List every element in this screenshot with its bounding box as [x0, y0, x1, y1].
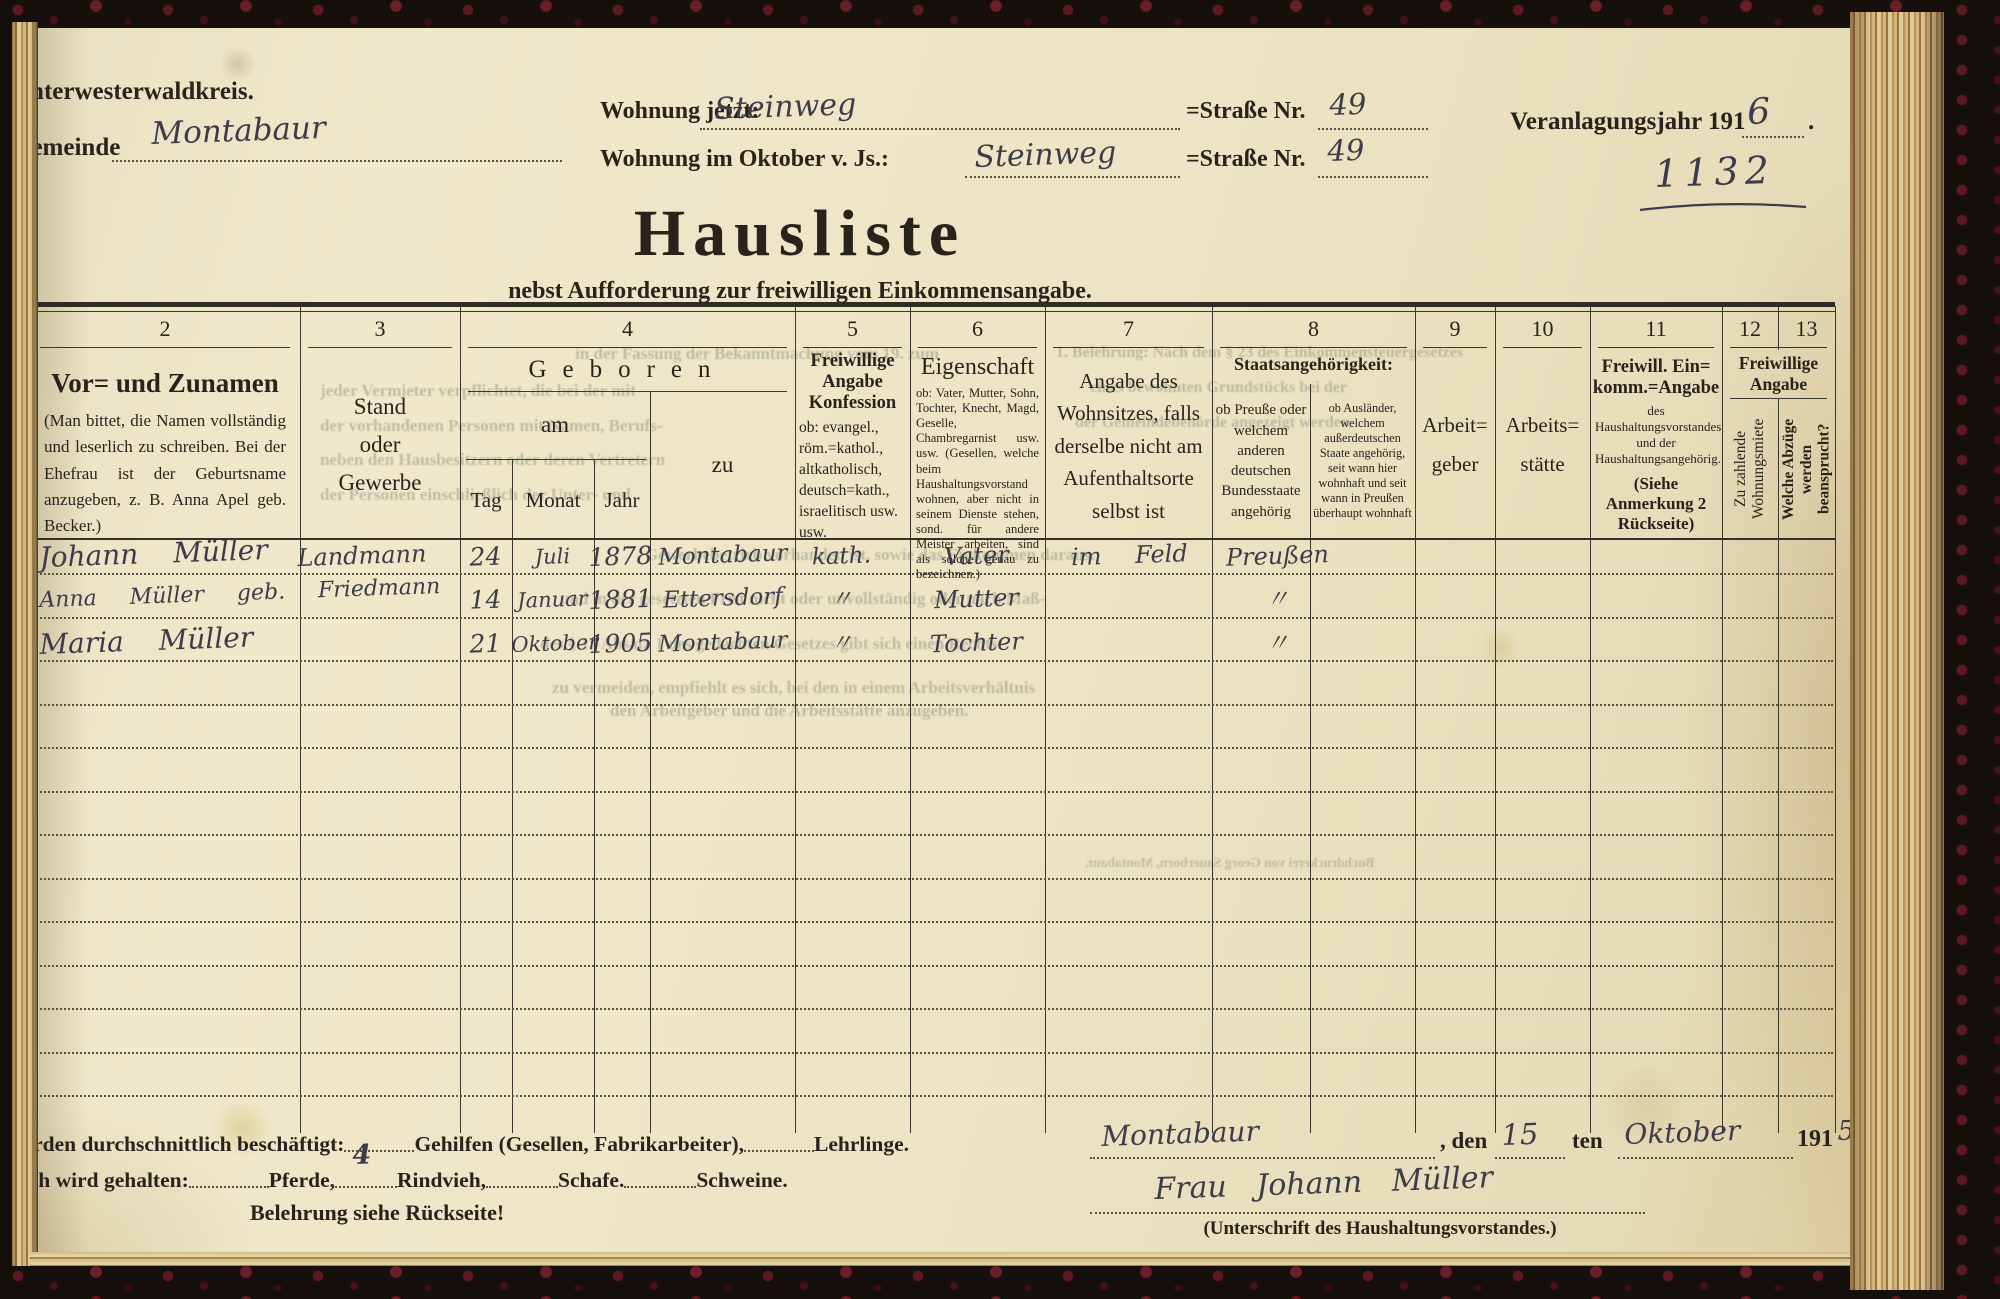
table-top-rule-thin	[30, 311, 1835, 312]
page-stack-right-edge	[1850, 12, 1950, 1290]
table-row-rule	[33, 834, 1833, 836]
table-row-rule	[33, 791, 1833, 793]
table-row-rule	[33, 1052, 1833, 1054]
table-row-rule	[33, 617, 1833, 619]
column-number-rule	[1423, 347, 1487, 348]
col11-note: des Haushaltungsvorstandes und der Haush…	[1595, 403, 1717, 468]
table-row-rule	[33, 1008, 1833, 1010]
column-number-rule	[1053, 347, 1204, 348]
row-2-monat-handwriting: Januar	[511, 582, 594, 617]
footer-line2-blank1	[189, 1170, 269, 1188]
table-row-rule	[33, 965, 1833, 967]
wohnung-jetzt-value-handwriting: Steinweg	[714, 87, 857, 127]
col13-header: Welche Abzüge werden beansprucht?	[1778, 400, 1835, 538]
strasse-nr-label-2: =Straße Nr.	[1186, 146, 1305, 173]
footer-line1-blank2	[744, 1134, 814, 1152]
page-stack-left-edge	[12, 22, 38, 1272]
col5-title3: Konfession	[809, 393, 896, 414]
col10-line2: stätte	[1520, 452, 1564, 477]
col9-number: 9	[1415, 313, 1495, 345]
col3-line3: Gewerbe	[338, 470, 421, 496]
col2-title: Vor= und Zunamen	[30, 368, 300, 399]
col1213-rule	[1730, 398, 1827, 399]
col7-number: 7	[1045, 313, 1212, 345]
book-cover-bottom-edge	[0, 1266, 2000, 1299]
date-place-rule	[1090, 1157, 1435, 1159]
column-number-rule	[308, 347, 452, 348]
col10-header: Arbeits= stätte	[1495, 352, 1590, 538]
col2-number: 2	[30, 313, 300, 345]
col11-see2: Anmerkung 2	[1606, 494, 1707, 514]
rindvieh-count-handwriting: 4	[352, 1139, 372, 1171]
column-number-rule	[918, 347, 1037, 348]
table-row-rule	[33, 921, 1833, 923]
row-1-zu-handwriting: Montabaur	[651, 537, 795, 574]
table-row-rule	[33, 704, 1833, 706]
footer-line2-pferde: Pferde,	[269, 1168, 335, 1193]
folio-number-handwriting: 1132	[1653, 148, 1775, 196]
col5-title2: Angabe	[822, 372, 883, 393]
wohnung-oktober-value-handwriting: Steinweg	[974, 135, 1117, 175]
col8-right-text: ob Ausländer, welchem außerdeutschen Sta…	[1311, 401, 1414, 521]
col4-number: 4	[460, 313, 795, 345]
col4-zu-text: zu	[712, 452, 734, 478]
footer-line1-mid: Gehilfen (Gesellen, Fabrikarbeiter),	[414, 1132, 744, 1157]
col3-line2: oder	[360, 432, 401, 458]
gemeinde-rule	[112, 160, 562, 162]
footer-line1-pre: werden durchschnittlich beschäftigt:	[8, 1132, 344, 1157]
col2-note: (Man bittet, die Namen vollständig und l…	[44, 408, 286, 540]
col11-title1: Freiwill. Ein=	[1602, 357, 1711, 378]
book-cover-top-edge	[0, 0, 2000, 28]
row-1-wohnsitz-handwriting: im Feld	[1049, 536, 1210, 574]
col7-header: Angabe des Wohnsitzes, falls derselbe ni…	[1049, 360, 1208, 532]
belehrung-note: Belehrung siehe Rückseite!	[250, 1200, 504, 1226]
footer-line1: werden durchschnittlich beschäftigt: Geh…	[8, 1132, 909, 1157]
col4-monat-text: Monat	[526, 488, 581, 513]
veranlagungsjahr-period: .	[1808, 108, 1814, 136]
table-row-rule	[33, 1095, 1833, 1097]
col3-header: Stand oder Gewerbe	[300, 352, 460, 538]
wohnung-oktober-rule	[965, 176, 1180, 178]
row-3-zu-handwriting: Montabaur	[651, 624, 795, 661]
date-day-handwriting: 15	[1501, 1117, 1539, 1152]
row-3-konfession-handwriting: 〃	[796, 626, 887, 661]
col11-see1: (Siehe	[1634, 474, 1678, 494]
veranlagungsjahr-label: Veranlagungsjahr 191	[1510, 108, 1745, 136]
col12-rotated-label: Zu zahlende Wohnungsmiete	[1732, 404, 1768, 534]
col9-line2: geber	[1432, 452, 1479, 477]
strasse-nr-value-1-handwriting: 49	[1329, 87, 1367, 122]
signature-rule	[1090, 1212, 1645, 1214]
row-1-konfession-handwriting: kath.	[796, 539, 887, 574]
col8-title: Staatsangehörigkeit:	[1212, 354, 1415, 375]
column-number-rule	[468, 347, 787, 348]
row-2-konfession-handwriting: 〃	[796, 582, 887, 617]
wohnung-jetzt-rule	[700, 128, 1180, 130]
date-day-rule	[1495, 1157, 1565, 1159]
col3-number: 3	[300, 313, 460, 345]
col5-note: ob: evangel., röm.=kathol., altkatholisc…	[799, 418, 906, 544]
row-2-jahr-handwriting: 1881	[587, 583, 654, 617]
date-year-print: 191	[1797, 1126, 1833, 1153]
scanned-register-page: in der Fassung der Bekanntmachung vom 19…	[0, 0, 2000, 1299]
row-1-jahr-handwriting: 1878	[587, 540, 654, 574]
col9-header: Arbeit= geber	[1415, 352, 1495, 538]
veranlagungsjahr-rule	[1742, 136, 1804, 138]
row-1-stand-handwriting: Landmann	[297, 537, 450, 574]
date-ten-label: ten	[1572, 1128, 1603, 1154]
footer-line1-end: Lehrlinge.	[814, 1132, 909, 1157]
col11-number: 11	[1590, 313, 1722, 345]
column-number-rule	[1503, 347, 1582, 348]
col12-number: 12	[1722, 313, 1778, 345]
col4-tag-label: Tag	[460, 462, 512, 538]
footer-line2-blank3	[486, 1170, 558, 1188]
col5-number: 5	[795, 313, 910, 345]
footer-line2: Vieh wird gehalten: Pferde, 4 Rindvieh, …	[8, 1168, 788, 1193]
footer-line2-blank2: 4	[335, 1170, 397, 1188]
row-2-staat-handwriting: 〃	[1217, 581, 1338, 617]
col11-title2: komm.=Angabe	[1593, 378, 1719, 399]
strasse-nr-value-2-handwriting: 49	[1327, 133, 1365, 168]
col6-number: 6	[910, 313, 1045, 345]
col8-right-note: ob Ausländer, welchem außerdeutschen Sta…	[1311, 384, 1414, 538]
ghost-text: zu vermeiden, empfiehlt es sich, bei den…	[552, 678, 1035, 698]
col4-am-label: am	[460, 412, 650, 438]
row-2-eigenschaft-handwriting: Mutter	[911, 580, 1042, 617]
column-number-rule	[803, 347, 902, 348]
col4-zu-label: zu	[650, 391, 795, 538]
date-month-rule	[1618, 1157, 1793, 1159]
col1213-title2: Angabe	[1750, 374, 1807, 395]
strasse-nr-label-1: =Straße Nr.	[1186, 98, 1305, 125]
date-month-handwriting: Oktober	[1624, 1114, 1741, 1151]
date-place-handwriting: Montabaur	[1101, 1115, 1260, 1153]
row-2-tag-handwriting: 14	[460, 583, 511, 617]
table-row-rule	[33, 660, 1833, 662]
col8-left-note: ob Preuße oder welchem anderen deutschen…	[1212, 384, 1310, 538]
col8-left-text: ob Preuße oder welchem anderen deutschen…	[1212, 400, 1310, 522]
table-row-rule	[33, 878, 1833, 880]
folio-underline	[1638, 198, 1808, 214]
col10-number: 10	[1495, 313, 1590, 345]
col4-jahr-text: Jahr	[605, 488, 640, 513]
column-number-rule	[1730, 347, 1827, 348]
row-2-zu-handwriting: Ettersdorf	[651, 580, 795, 617]
footer-line2-rind: Rindvieh,	[397, 1168, 486, 1193]
ghost-printer-imprint: Buchdruckerei von Georg Sauerborn, Monta…	[1085, 855, 1375, 871]
col3-line1: Stand	[354, 394, 406, 420]
col13-rotated-label: Welche Abzüge werden beansprucht?	[1780, 404, 1833, 534]
district-label: Unterwesterwaldkreis.	[12, 78, 254, 106]
col1213-header: Freiwillige Angabe	[1722, 350, 1835, 398]
wohnung-oktober-label: Wohnung im Oktober v. Js.:	[600, 146, 889, 173]
row-1-eigenschaft-handwriting: Vater	[911, 537, 1042, 574]
col1213-title1: Freiwillige	[1739, 353, 1818, 374]
column-number-rule	[1598, 347, 1714, 348]
col11-header: Freiwill. Ein= komm.=Angabe des Haushalt…	[1590, 352, 1722, 538]
footer-line2-schweine: Schweine.	[696, 1168, 787, 1193]
row-3-staat-handwriting: 〃	[1217, 625, 1338, 661]
col5-title: Freiwillige Angabe Konfession	[795, 352, 910, 412]
signature-caption: (Unterschrift des Haushaltungsvorstandes…	[1150, 1218, 1610, 1240]
row-3-jahr-handwriting: 1905	[587, 627, 654, 661]
col7-text: Angabe des Wohnsitzes, falls derselbe ni…	[1049, 365, 1208, 528]
footer-line2-blank4	[624, 1170, 696, 1188]
col4-monat-label: Monat	[512, 462, 594, 538]
col11-see3: Rückseite)	[1618, 514, 1694, 534]
page-title: Hausliste	[540, 196, 1060, 272]
col8-number: 8	[1212, 313, 1415, 345]
row-1-tag-handwriting: 24	[460, 540, 511, 574]
veranlagungsjahr-handwriting: 6	[1747, 91, 1771, 133]
column-number-rule	[1220, 347, 1407, 348]
row-3-eigenschaft-handwriting: Tochter	[911, 624, 1042, 661]
row-3-tag-handwriting: 21	[460, 627, 511, 661]
col9-line1: Arbeit=	[1422, 413, 1488, 438]
table-column-rule	[1835, 306, 1836, 1133]
table-top-rule-thick	[30, 302, 1835, 307]
row-1-staat-handwriting: Preußen	[1217, 538, 1338, 574]
footer-line2-schafe: Schafe.	[558, 1168, 624, 1193]
col12-header: Zu zahlende Wohnungsmiete	[1722, 400, 1778, 538]
column-number-rule	[40, 347, 290, 348]
col4-title: Geboren	[460, 356, 795, 384]
strasse-nr-rule-2	[1318, 176, 1428, 178]
col4-tag-text: Tag	[470, 488, 501, 513]
date-den-label: , den	[1440, 1128, 1487, 1154]
gemeinde-value-handwriting: Montabaur	[151, 110, 327, 152]
row-1-monat-handwriting: Juli	[511, 539, 594, 574]
col13-number: 13	[1778, 313, 1835, 345]
col5-title1: Freiwillige	[811, 351, 895, 372]
row-3-monat-handwriting: Oktober	[511, 626, 594, 661]
col4-jahr-label: Jahr	[594, 462, 650, 538]
table-row-rule	[33, 747, 1833, 749]
col10-line1: Arbeits=	[1506, 413, 1580, 438]
strasse-nr-rule-1	[1318, 128, 1428, 130]
col4-am-rule	[466, 459, 646, 460]
col6-title: Eigenschaft	[910, 354, 1045, 381]
page-subtitle: nebst Aufforderung zur freiwilligen Eink…	[440, 278, 1160, 305]
book-cover-right-edge	[1944, 0, 2000, 1299]
